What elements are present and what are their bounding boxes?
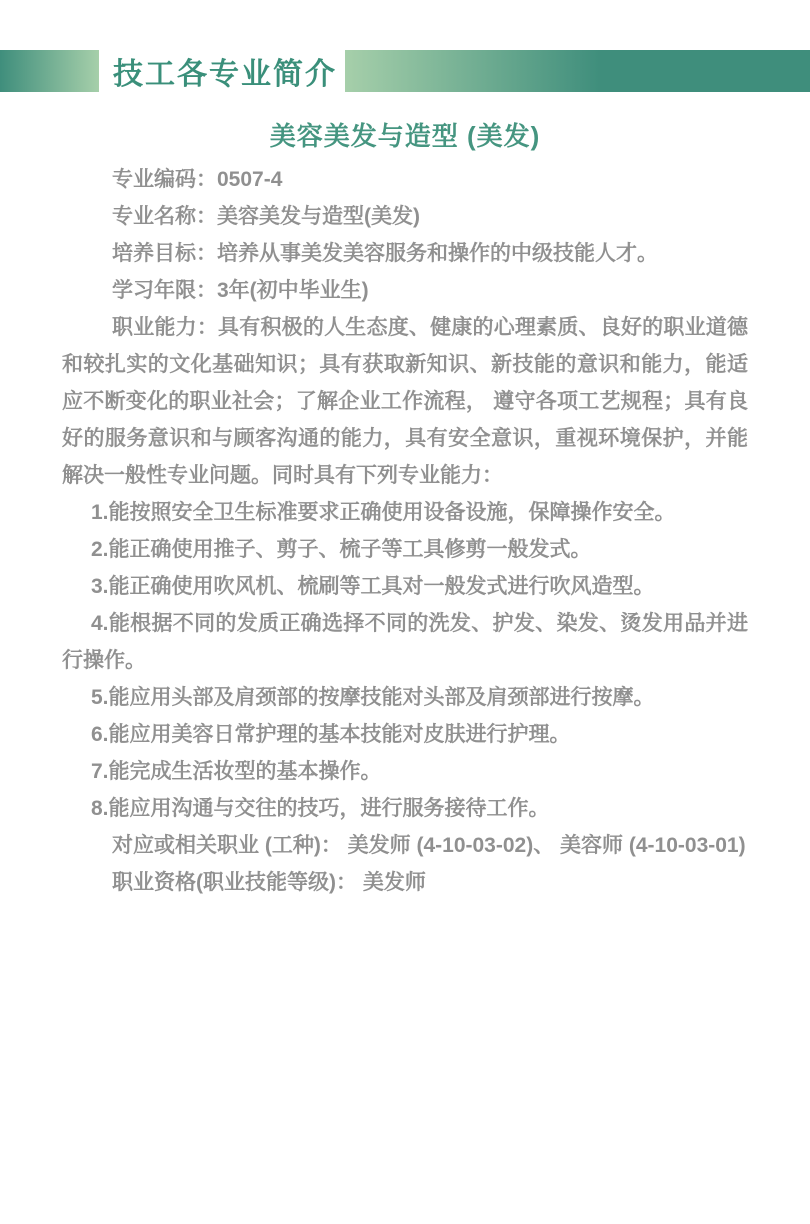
- paragraph: 专业名称：美容美发与造型(美发): [62, 198, 748, 235]
- header-banner: 技工各专业简介: [0, 50, 810, 92]
- paragraph: 学习年限：3年(初中毕业生): [62, 272, 748, 309]
- ability-list-item: 6.能应用美容日常护理的基本技能对皮肤进行护理。: [62, 716, 748, 753]
- section-title: 美容美发与造型 (美发): [0, 116, 810, 153]
- ability-list-item: 2.能正确使用推子、剪子、梳子等工具修剪一般发式。: [62, 531, 748, 568]
- ability-list-item: 4.能根据不同的发质正确选择不同的洗发、护发、染发、烫发用品并进行操作。: [62, 605, 748, 679]
- ability-list-item: 3.能正确使用吹风机、梳刷等工具对一般发式进行吹风造型。: [62, 568, 748, 605]
- paragraph: 培养目标：培养从事美发美容服务和操作的中级技能人才。: [62, 235, 748, 272]
- ability-list-item: 5.能应用头部及肩颈部的按摩技能对头部及肩颈部进行按摩。: [62, 679, 748, 716]
- document-page: 技工各专业简介 美容美发与造型 (美发) 专业编码：0507-4专业名称：美容美…: [0, 0, 810, 1224]
- ability-list-item: 8.能应用沟通与交往的技巧，进行服务接待工作。: [62, 790, 748, 827]
- page-title: 技工各专业简介: [113, 49, 337, 93]
- body-text: 专业编码：0507-4专业名称：美容美发与造型(美发)培养目标：培养从事美发美容…: [62, 161, 748, 901]
- paragraph: 对应或相关职业 (工种)： 美发师 (4-10-03-02)、 美容师 (4-1…: [62, 827, 748, 864]
- paragraph: 职业资格(职业技能等级)： 美发师: [62, 864, 748, 901]
- paragraph: 专业编码：0507-4: [62, 161, 748, 198]
- banner-left-gradient-bar: [0, 50, 99, 92]
- paragraph: 职业能力：具有积极的人生态度、健康的心理素质、良好的职业道德和较扎实的文化基础知…: [62, 309, 748, 494]
- banner-right-gradient-bar: [345, 50, 810, 92]
- ability-list-item: 1.能按照安全卫生标准要求正确使用设备设施，保障操作安全。: [62, 494, 748, 531]
- ability-list-item: 7.能完成生活妆型的基本操作。: [62, 753, 748, 790]
